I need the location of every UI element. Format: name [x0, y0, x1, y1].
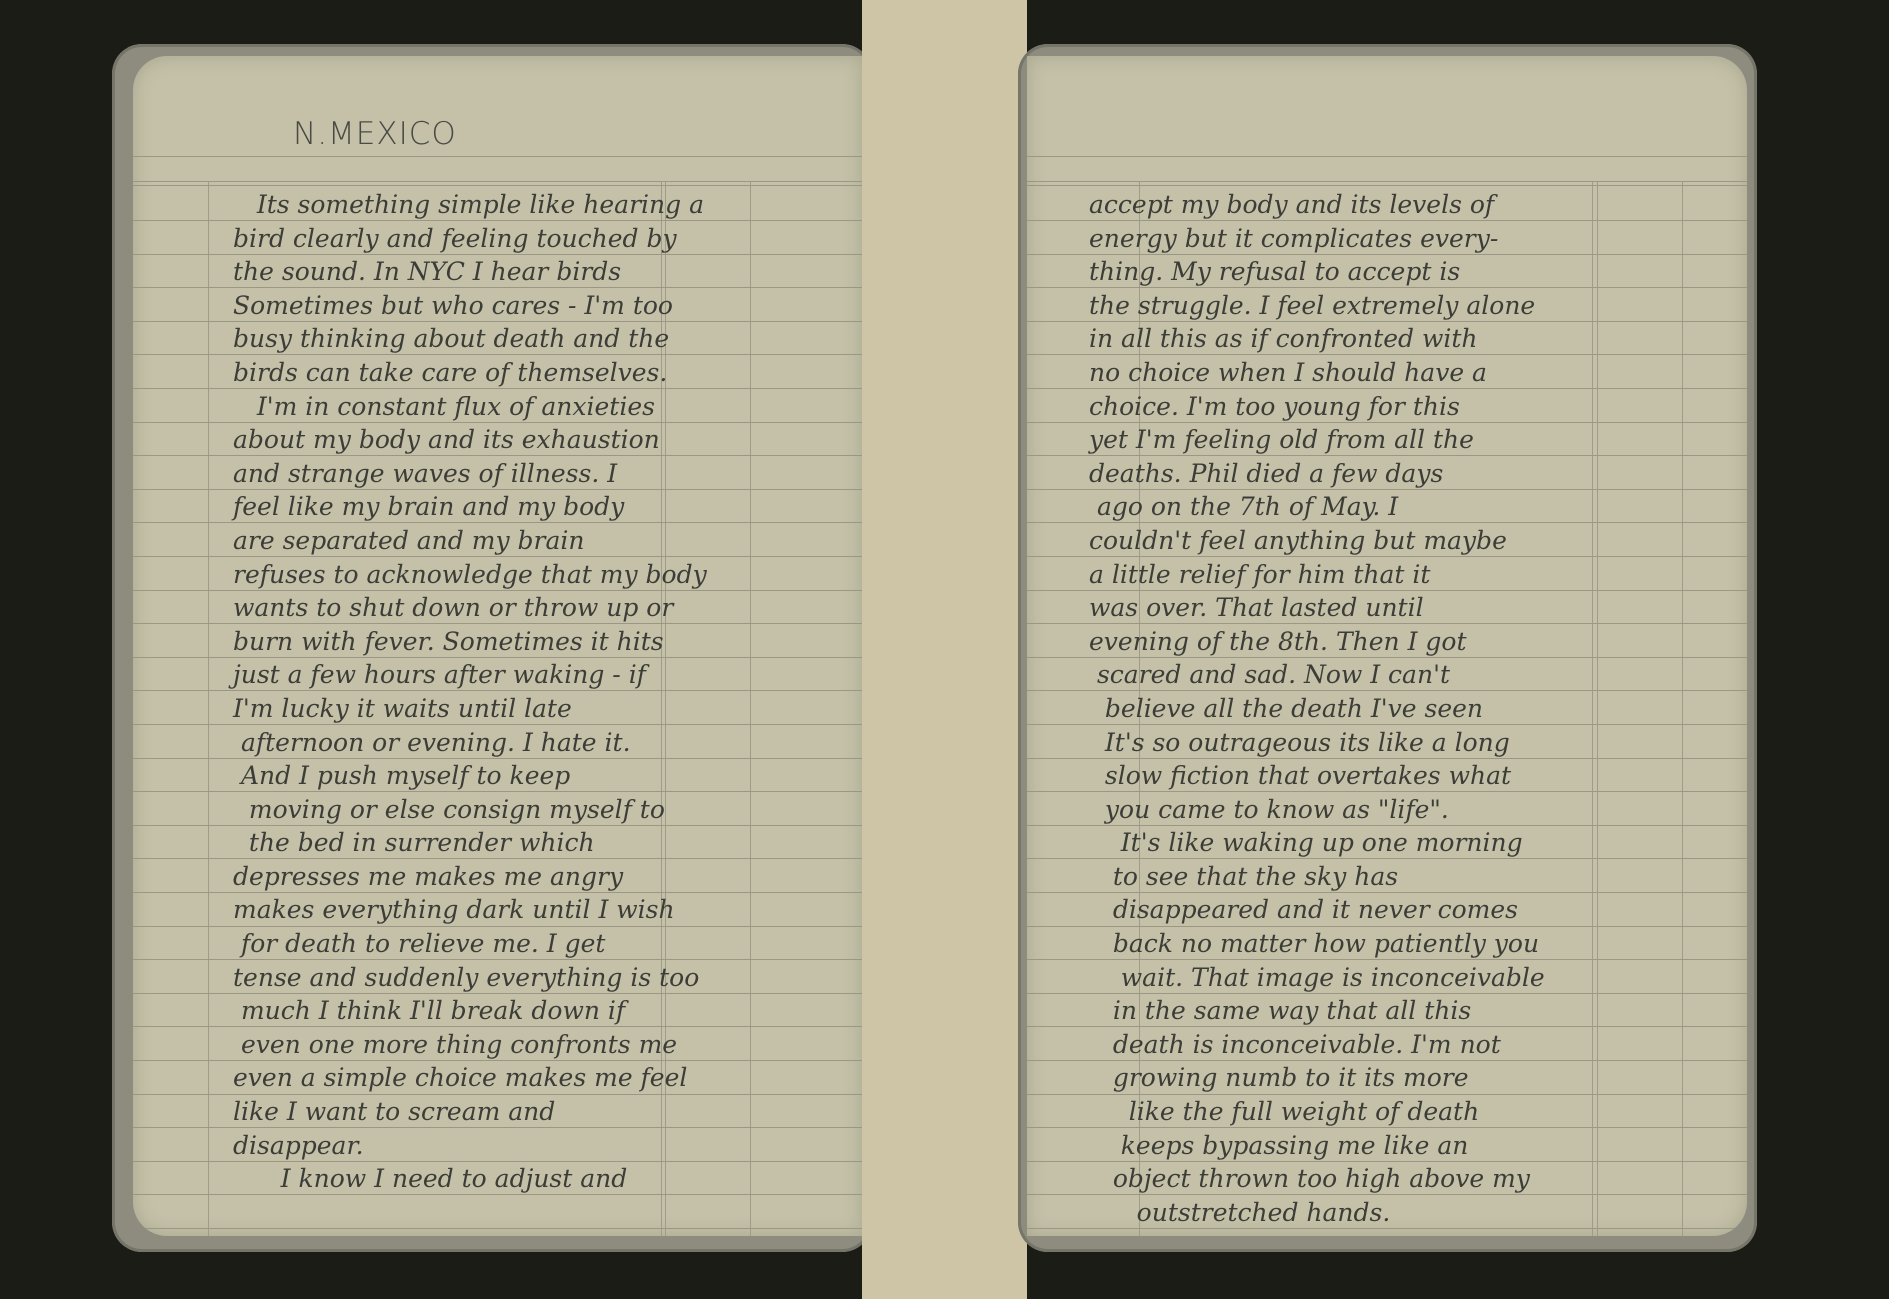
- handwritten-line: to see that the sky has: [1089, 860, 1545, 894]
- handwritten-line: I'm lucky it waits until late: [233, 692, 707, 726]
- left-notebook-page: N.MEXICO Its something simple like heari…: [133, 56, 862, 1236]
- ruled-line: [133, 181, 862, 182]
- handwritten-line: you came to know as "life".: [1089, 793, 1545, 827]
- handwritten-line: are separated and my brain: [233, 524, 707, 558]
- handwritten-line: thing. My refusal to accept is: [1089, 255, 1545, 289]
- handwritten-line: the sound. In NYC I hear birds: [233, 255, 707, 289]
- left-page-column-line: [750, 181, 751, 1236]
- handwritten-line: depresses me makes me angry: [233, 860, 707, 894]
- handwritten-line: like the full weight of death: [1089, 1095, 1545, 1129]
- handwritten-line: Sometimes but who cares - I'm too: [233, 289, 707, 323]
- handwritten-line: about my body and its exhaustion: [233, 423, 707, 457]
- handwritten-line: ago on the 7th of May. I: [1089, 490, 1545, 524]
- page-heading: N.MEXICO: [293, 116, 457, 152]
- handwritten-line: wants to shut down or throw up or: [233, 591, 707, 625]
- handwritten-line: couldn't feel anything but maybe: [1089, 524, 1545, 558]
- handwritten-line: much I think I'll break down if: [233, 994, 707, 1028]
- handwritten-line: a little relief for him that it: [1089, 558, 1545, 592]
- handwritten-line: refuses to acknowledge that my body: [233, 558, 707, 592]
- ruled-line: [133, 156, 862, 157]
- handwritten-line: outstretched hands.: [1089, 1196, 1545, 1230]
- handwritten-line: I'm in constant flux of anxieties: [233, 390, 707, 424]
- ruled-line: [133, 185, 862, 186]
- left-page-handwriting: Its something simple like hearing abird …: [233, 188, 707, 1196]
- handwritten-line: afternoon or evening. I hate it.: [233, 726, 707, 760]
- handwritten-line: I know I need to adjust and: [233, 1162, 707, 1196]
- handwritten-line: And I push myself to keep: [233, 759, 707, 793]
- handwritten-line: energy but it complicates every-: [1089, 222, 1545, 256]
- right-page-column-line: [1592, 181, 1593, 1236]
- right-page-column-line: [1682, 181, 1683, 1236]
- right-page-handwriting: accept my body and its levels ofenergy b…: [1089, 188, 1545, 1229]
- handwritten-line: for death to relieve me. I get: [233, 927, 707, 961]
- handwritten-line: and strange waves of illness. I: [233, 457, 707, 491]
- handwritten-line: evening of the 8th. Then I got: [1089, 625, 1545, 659]
- handwritten-line: burn with fever. Sometimes it hits: [233, 625, 707, 659]
- handwritten-line: wait. That image is inconceivable: [1089, 961, 1545, 995]
- handwritten-line: birds can take care of themselves.: [233, 356, 707, 390]
- left-page-margin-line: [208, 181, 209, 1236]
- right-page-column-line: [1597, 181, 1598, 1236]
- handwritten-line: growing numb to it its more: [1089, 1061, 1545, 1095]
- handwritten-line: It's like waking up one morning: [1089, 826, 1545, 860]
- handwritten-line: makes everything dark until I wish: [233, 893, 707, 927]
- ruled-line: [1027, 181, 1747, 182]
- handwritten-line: death is inconceivable. I'm not: [1089, 1028, 1545, 1062]
- handwritten-line: bird clearly and feeling touched by: [233, 222, 707, 256]
- handwritten-line: even one more thing confronts me: [233, 1028, 707, 1062]
- handwritten-line: just a few hours after waking - if: [233, 658, 707, 692]
- handwritten-line: the struggle. I feel extremely alone: [1089, 289, 1545, 323]
- handwritten-line: object thrown too high above my: [1089, 1162, 1545, 1196]
- handwritten-line: in the same way that all this: [1089, 994, 1545, 1028]
- handwritten-line: in all this as if confronted with: [1089, 322, 1545, 356]
- handwritten-line: even a simple choice makes me feel: [233, 1061, 707, 1095]
- handwritten-line: back no matter how patiently you: [1089, 927, 1545, 961]
- handwritten-line: yet I'm feeling old from all the: [1089, 423, 1545, 457]
- handwritten-line: was over. That lasted until: [1089, 591, 1545, 625]
- center-gutter-strip: [862, 0, 1027, 1299]
- ruled-line: [1027, 156, 1747, 157]
- handwritten-line: no choice when I should have a: [1089, 356, 1545, 390]
- ruled-line: [133, 1228, 862, 1229]
- handwritten-line: It's so outrageous its like a long: [1089, 726, 1545, 760]
- handwritten-line: feel like my brain and my body: [233, 490, 707, 524]
- handwritten-line: accept my body and its levels of: [1089, 188, 1545, 222]
- handwritten-line: like I want to scream and: [233, 1095, 707, 1129]
- handwritten-line: busy thinking about death and the: [233, 322, 707, 356]
- handwritten-line: moving or else consign myself to: [233, 793, 707, 827]
- handwritten-line: the bed in surrender which: [233, 826, 707, 860]
- handwritten-line: deaths. Phil died a few days: [1089, 457, 1545, 491]
- handwritten-line: disappear.: [233, 1129, 707, 1163]
- handwritten-line: slow fiction that overtakes what: [1089, 759, 1545, 793]
- handwritten-line: tense and suddenly everything is too: [233, 961, 707, 995]
- handwritten-line: Its something simple like hearing a: [233, 188, 707, 222]
- handwritten-line: choice. I'm too young for this: [1089, 390, 1545, 424]
- handwritten-line: keeps bypassing me like an: [1089, 1129, 1545, 1163]
- right-notebook-page: accept my body and its levels ofenergy b…: [1027, 56, 1747, 1236]
- handwritten-line: believe all the death I've seen: [1089, 692, 1545, 726]
- ruled-line: [1027, 185, 1747, 186]
- handwritten-line: disappeared and it never comes: [1089, 893, 1545, 927]
- handwritten-line: scared and sad. Now I can't: [1089, 658, 1545, 692]
